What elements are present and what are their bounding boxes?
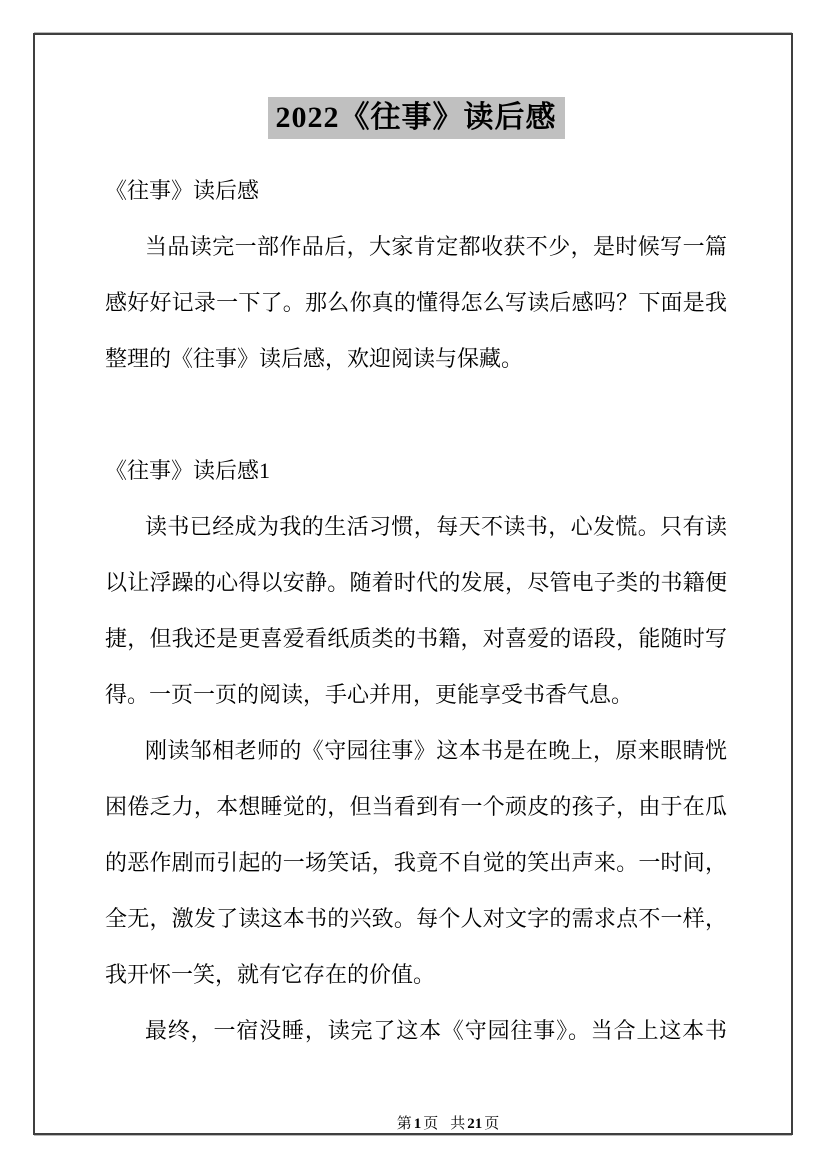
page-footer: 第1页共21页 (68, 1113, 827, 1135)
body-line: 最终，一宿没睡，读完了这本《守园往事》。当合上这本书的时候， (105, 1003, 727, 1059)
body-line: 以让浮躁的心得以安静。随着时代的发展，尽管电子类的书籍便利快 (105, 555, 727, 611)
body-line: 捷，但我还是更喜爱看纸质类的书籍，对喜爱的语段，能随时写上心 (105, 611, 727, 667)
body-line: 刚读邹相老师的《守园往事》这本书是在晚上，原来眼睛恍惚， (105, 723, 727, 779)
total-unit-label: 页 (484, 1116, 499, 1132)
document-body: 《往事》读后感 当品读完一部作品后，大家肯定都收获不少，是时候写一篇读后 感好好… (105, 163, 727, 1059)
current-page-indicator: 第1页 (397, 1116, 439, 1132)
page-border-frame: 2022《往事》读后感 《往事》读后感 当品读完一部作品后，大家肯定都收获不少，… (33, 33, 793, 1135)
current-page-number: 1 (412, 1116, 424, 1132)
section1-heading: 《往事》读后感1 (105, 443, 727, 499)
total-pages-indicator: 共21页 (450, 1116, 499, 1132)
body-line: 困倦乏力，本想睡觉的，但当看到有一个顽皮的孩子，由于在瓜地里 (105, 779, 727, 835)
page-unit-label: 页 (423, 1116, 438, 1132)
blank-line (105, 387, 727, 443)
intro-line: 当品读完一部作品后，大家肯定都收获不少，是时候写一篇读后 (105, 219, 727, 275)
body-line: 的恶作剧而引起的一场笑话，我竟不自觉的笑出声来。一时间，困顿 (105, 835, 727, 891)
body-line: 读书已经成为我的生活习惯，每天不读书，心发慌。只有读书可 (105, 499, 727, 555)
doc-subtitle: 《往事》读后感 (105, 163, 727, 219)
document-page: 2022《往事》读后感 《往事》读后感 当品读完一部作品后，大家肯定都收获不少，… (0, 0, 827, 1170)
title-row: 2022《往事》读后感 (105, 97, 727, 139)
body-line: 得。一页一页的阅读，手心并用，更能享受书香气息。 (105, 667, 727, 723)
total-pages-number: 21 (465, 1116, 484, 1132)
page-prefix-label: 第 (397, 1116, 412, 1132)
document-title: 2022《往事》读后感 (268, 97, 565, 139)
body-line: 我开怀一笑，就有它存在的价值。 (105, 947, 727, 1003)
total-prefix-label: 共 (450, 1116, 465, 1132)
body-line: 全无，激发了读这本书的兴致。每个人对文字的需求点不一样，能让 (105, 891, 727, 947)
intro-line: 整理的《往事》读后感，欢迎阅读与保藏。 (105, 331, 727, 387)
intro-line: 感好好记录一下了。那么你真的懂得怎么写读后感吗？下面是我细心 (105, 275, 727, 331)
